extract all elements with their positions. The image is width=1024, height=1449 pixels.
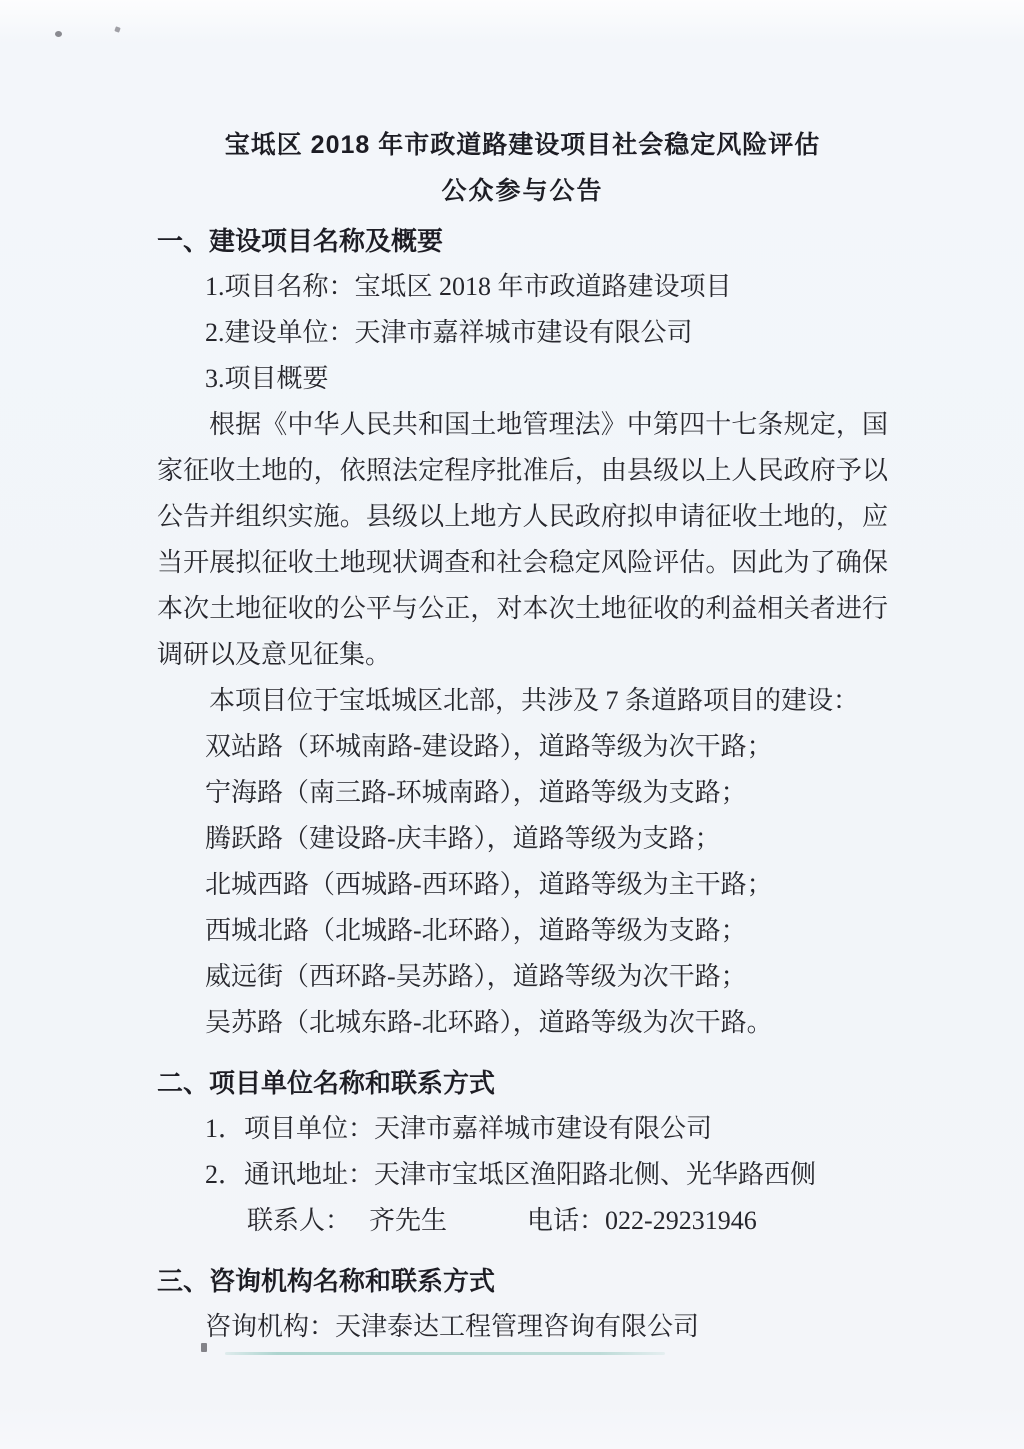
road-list-item: 宁海路（南三路-环城南路），道路等级为支路； (157, 770, 888, 816)
road-list-item: 威远街（西环路-吴苏路），道路等级为次干路； (157, 954, 888, 1000)
section1-item-project-name: 1.项目名称：宝坻区 2018 年市政道路建设项目 (157, 264, 888, 310)
road-list-item: 北城西路（西城路-西环路），道路等级为主干路； (157, 862, 888, 908)
section1-heading: 一、建设项目名称及概要 (157, 218, 888, 264)
document-content: 宝坻区 2018 年市政道路建设项目社会稳定风险评估 公众参与公告 一、建设项目… (157, 122, 888, 1350)
phone-label: 电话： (527, 1206, 605, 1235)
scanned-document-page: 宝坻区 2018 年市政道路建设项目社会稳定风险评估 公众参与公告 一、建设项目… (0, 0, 1024, 1449)
section1-paragraph-legal-basis: 根据《中华人民共和国土地管理法》中第四十七条规定，国家征收土地的，依照法定程序批… (157, 402, 888, 678)
scan-speck-top-left-2 (114, 26, 120, 32)
document-title-line1: 宝坻区 2018 年市政道路建设项目社会稳定风险评估 (157, 122, 888, 168)
road-list-item: 西城北路（北城路-北环路），道路等级为支路； (157, 908, 888, 954)
scan-speck-top-left-1 (55, 31, 62, 37)
section2-heading: 二、项目单位名称和联系方式 (157, 1060, 888, 1106)
road-list-item: 双站路（环城南路-建设路），道路等级为次干路； (157, 724, 888, 770)
contact-person-label: 联系人： (247, 1206, 351, 1235)
section3-item-consulting-agency: 咨询机构：天津泰达工程管理咨询有限公司 (157, 1304, 888, 1350)
scan-artifact-line (225, 1352, 665, 1355)
section2-item-project-unit: 1．项目单位：天津市嘉祥城市建设有限公司 (157, 1106, 888, 1152)
scan-speck-bottom-left (201, 1343, 207, 1352)
document-title-line2: 公众参与公告 (157, 168, 888, 214)
section1-item-project-summary: 3.项目概要 (157, 356, 888, 402)
contact-person-name: 齐先生 (369, 1206, 447, 1235)
phone-number: 022-29231946 (605, 1206, 757, 1235)
section1-paragraph-project-location: 本项目位于宝坻城区北部，共涉及 7 条道路项目的建设： (157, 678, 888, 724)
road-list-item: 吴苏路（北城东路-北环路），道路等级为次干路。 (157, 1000, 888, 1046)
section1-item-construction-unit: 2.建设单位：天津市嘉祥城市建设有限公司 (157, 310, 888, 356)
road-list-item: 腾跃路（建设路-庆丰路），道路等级为支路； (157, 816, 888, 862)
section3-heading: 三、咨询机构名称和联系方式 (157, 1258, 888, 1304)
section2-contact-row: 联系人：齐先生电话：022-29231946 (157, 1198, 888, 1244)
section2-item-mailing-address: 2．通讯地址：天津市宝坻区渔阳路北侧、光华路西侧 (157, 1152, 888, 1198)
